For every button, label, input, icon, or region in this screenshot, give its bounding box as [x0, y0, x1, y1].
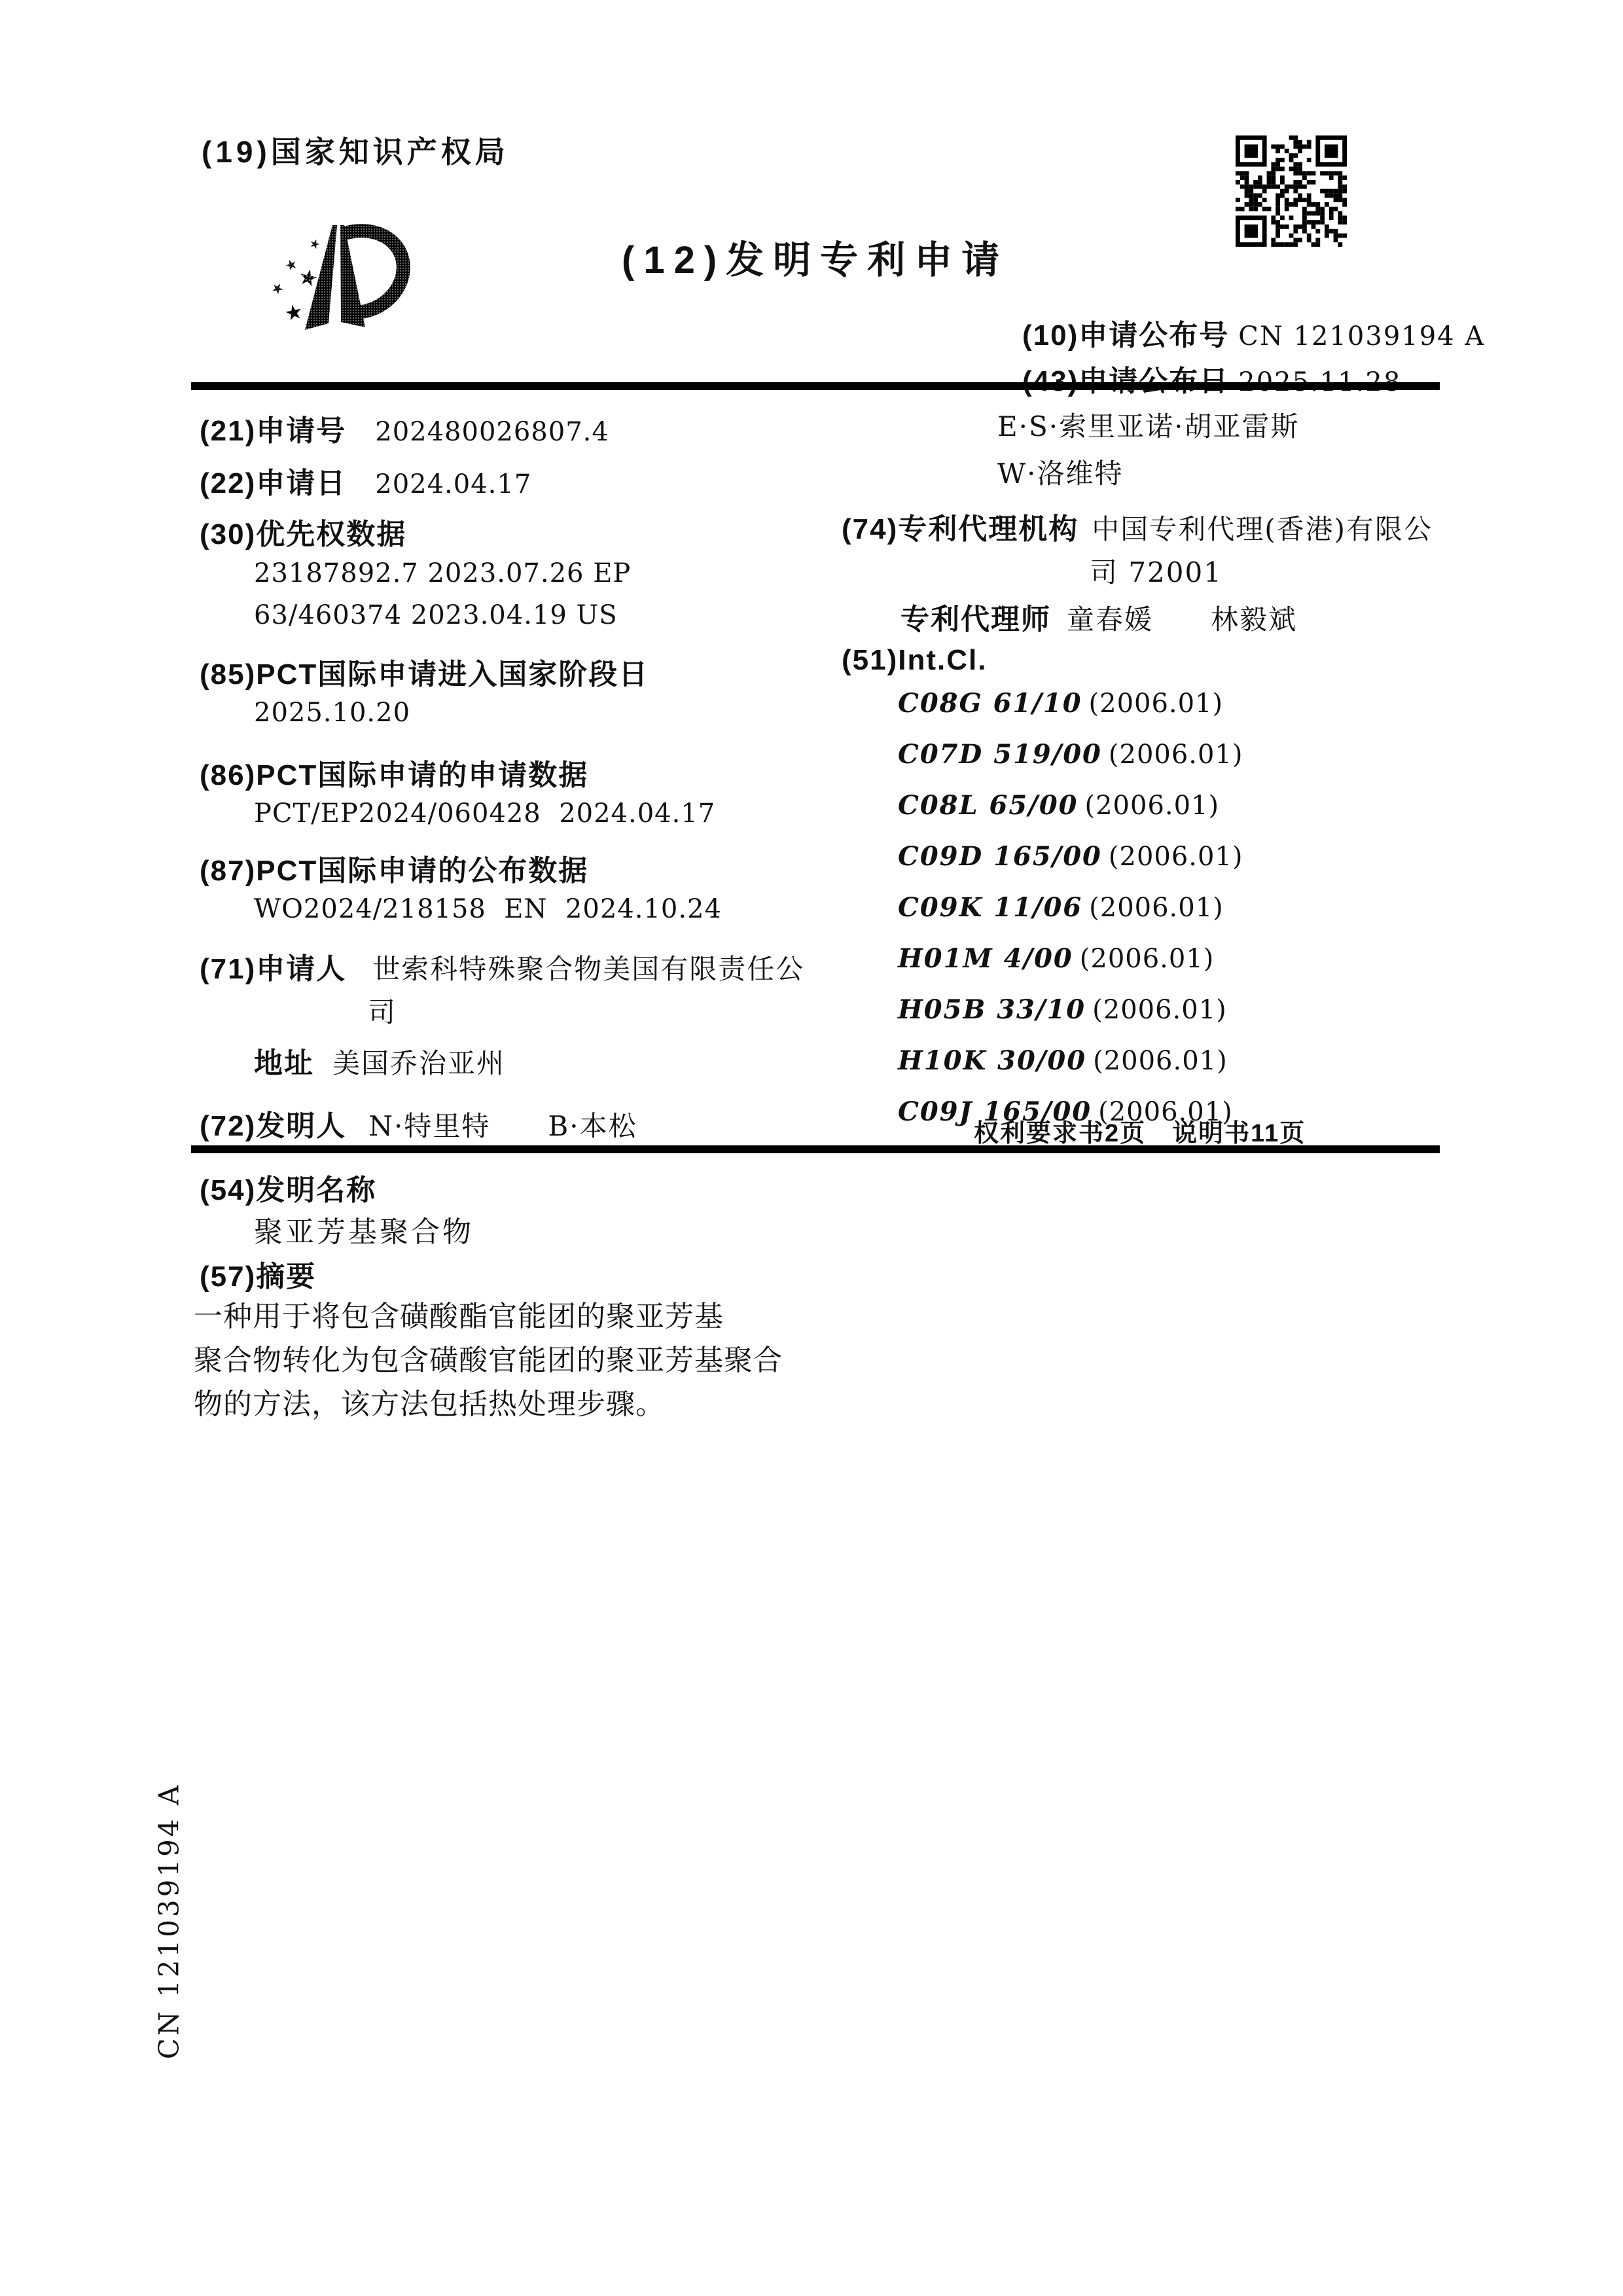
logo-star-3: [298, 268, 318, 287]
invention-name-label: (54)发明名称: [200, 1166, 376, 1208]
agency-line: (74)专利代理机构中国专利代理(香港)有限公: [842, 505, 1433, 547]
ipc-version: (2006.01): [1109, 740, 1243, 770]
patent-agent-line: 专利代理师童春媛 林毅斌: [901, 596, 1297, 637]
priority-item: 63/460374 2023.04.19 US: [254, 594, 631, 636]
issuing-office: (19)国家知识产权局: [202, 128, 509, 171]
ipc-version: (2006.01): [1089, 893, 1224, 923]
abstract-line: 一种用于将包含磺酸酯官能团的聚亚芳基: [194, 1295, 786, 1338]
ipc-version: (2006.01): [1080, 944, 1215, 974]
ipc-entry: C08G 61/10(2006.01): [898, 681, 1243, 732]
ipc-entry: C08L 65/00(2006.01): [898, 783, 1243, 834]
address-label: 地址: [254, 1047, 314, 1079]
pct-publication-value: WO2024/218158 EN 2024.10.24: [254, 894, 722, 924]
cnipa-logo-svg: [263, 223, 420, 342]
abstract-line: 聚合物转化为包含磺酸官能团的聚亚芳基聚合: [194, 1338, 786, 1382]
pct-national-entry-label: (85)PCT国际申请进入国家阶段日: [200, 651, 649, 692]
ipc-entry: C09D 165/00(2006.01): [898, 834, 1243, 885]
ipc-code: C08G 61/10: [898, 688, 1082, 719]
ipc-code: C09D 165/00: [898, 841, 1102, 872]
ipc-entry: C07D 519/00(2006.01): [898, 732, 1243, 783]
applicant-label: (71)申请人: [200, 953, 346, 985]
priority-data-label: (30)优先权数据: [200, 511, 406, 552]
publication-number-line: (10)申请公布号CN 121039194 A: [1022, 312, 1485, 353]
agency-value-line1: 中国专利代理(香港)有限公: [1092, 513, 1433, 545]
sidebar-doc-id: CN 121039194 A: [153, 1783, 185, 2059]
application-date-line: (22)申请日2024.04.17: [200, 459, 531, 501]
ipc-version: (2006.01): [1093, 1046, 1228, 1076]
cnipa-logo: [263, 223, 420, 342]
priority-data-list: 23187892.7 2023.07.26 EP63/460374 2023.0…: [254, 552, 631, 636]
abstract-line: 物的方法，该方法包括热处理步骤。: [194, 1382, 786, 1426]
qr-code: [1236, 135, 1347, 247]
ipc-classification-list: C08G 61/10(2006.01) C07D 519/00(2006.01)…: [898, 681, 1243, 1140]
inventors-continued-list: E·S·索里亚诺·胡亚雷斯W·洛维特: [997, 403, 1299, 497]
application-date-label: (22)申请日: [200, 467, 346, 499]
pct-filing-value: PCT/EP2024/060428 2024.04.17: [254, 798, 715, 829]
body-divider: [191, 1145, 1440, 1153]
address-value: 美国乔治亚州: [332, 1047, 505, 1079]
publication-number-value: CN 121039194 A: [1238, 321, 1485, 351]
ipc-version: (2006.01): [1092, 995, 1227, 1025]
ipc-code: H05B 33/10: [898, 994, 1086, 1025]
ipc-code: C09K 11/06: [898, 892, 1082, 923]
ipc-code: H10K 30/00: [898, 1045, 1086, 1076]
application-number-line: (21)申请号202480026807.4: [200, 407, 609, 449]
ipc-entry: C09K 11/06(2006.01): [898, 885, 1243, 936]
pct-national-entry-value: 2025.10.20: [254, 698, 410, 728]
applicant-value-line1: 世索科特殊聚合物美国有限责任公: [372, 953, 804, 985]
inventors-line: (72)发明人N·特里特 B·本松: [200, 1102, 637, 1144]
ipc-entry: H05B 33/10(2006.01): [898, 987, 1243, 1038]
inventors-value: N·特里特 B·本松: [368, 1110, 637, 1142]
inventors-label: (72)发明人: [200, 1110, 346, 1142]
applicant-value-line2: 司: [368, 991, 397, 1030]
invention-name: 聚亚芳基聚合物: [254, 1208, 474, 1250]
ipc-code: H01M 4/00: [898, 943, 1073, 974]
patent-agent-value: 童春媛 林毅斌: [1067, 603, 1297, 636]
ipc-code: C08L 65/00: [898, 790, 1079, 821]
publication-number-label: (10)申请公布号: [1022, 319, 1229, 351]
header-divider: [191, 382, 1440, 390]
pct-publication-label: (87)PCT国际申请的公布数据: [200, 847, 588, 889]
application-number-label: (21)申请号: [200, 415, 346, 447]
priority-item: 23187892.7 2023.07.26 EP: [254, 552, 631, 594]
application-date-value: 2024.04.17: [375, 469, 531, 499]
ipc-code: C07D 519/00: [898, 739, 1102, 770]
logo-star-1: [309, 238, 321, 249]
ipc-version: (2006.01): [1085, 791, 1220, 821]
publication-date-label: (43)申请公布日: [1022, 365, 1229, 397]
applicant-line: (71)申请人世索科特殊聚合物美国有限责任公: [200, 945, 804, 987]
abstract-text: 一种用于将包含磺酸酯官能团的聚亚芳基聚合物转化为包含磺酸官能团的聚亚芳基聚合物的…: [194, 1295, 786, 1426]
ipc-version: (2006.01): [1109, 842, 1243, 872]
logo-star-2: [284, 258, 298, 271]
abstract-label: (57)摘要: [200, 1253, 316, 1295]
patent-agent-label: 专利代理师: [901, 603, 1051, 636]
agency-value-line2: 司 72001: [1090, 551, 1222, 590]
ipc-entry: H01M 4/00(2006.01): [898, 936, 1243, 987]
logo-star-4: [271, 281, 285, 295]
application-number-value: 202480026807.4: [375, 417, 609, 447]
ipc-version: (2006.01): [1089, 689, 1224, 719]
address-line: 地址美国乔治亚州: [254, 1039, 505, 1081]
doc-type-title: (12)发明专利申请: [622, 229, 1008, 284]
patent-front-page: (19)国家知识产权局 (12)发明专利申请 (10): [0, 0, 1623, 2296]
agency-label: (74)专利代理机构: [842, 513, 1079, 545]
inventor-name: W·洛维特: [997, 450, 1299, 497]
pages-info: 权利要求书2页 说明书11页: [974, 1113, 1306, 1149]
inventor-name: E·S·索里亚诺·胡亚雷斯: [997, 403, 1299, 450]
int-cl-label: (51)Int.Cl.: [842, 644, 987, 677]
publication-date-line: (43)申请公布日2025.11.28: [1022, 357, 1401, 399]
ipc-entry: H10K 30/00(2006.01): [898, 1038, 1243, 1089]
pct-filing-label: (86)PCT国际申请的申请数据: [200, 751, 588, 793]
logo-star-5: [285, 303, 303, 321]
